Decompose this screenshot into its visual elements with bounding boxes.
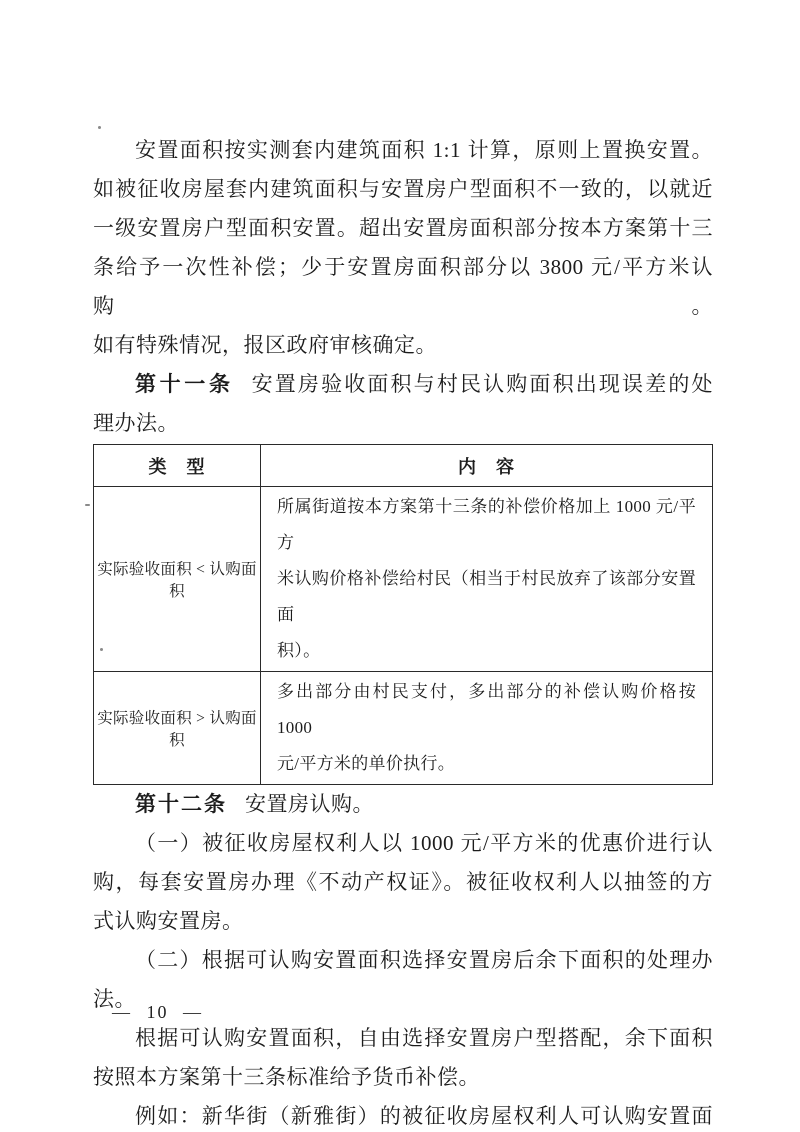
table-cell-type: 实际验收面积 > 认购面积 bbox=[94, 672, 261, 785]
text-line: 一级安置房户型面积安置。超出安置房面积部分按本方案第十三 bbox=[93, 209, 713, 248]
table-header-type: 类 型 bbox=[94, 445, 261, 487]
text-line: 例如：新华街（新雅街）的被征收房屋权利人可认购安置面 bbox=[93, 1097, 713, 1132]
table-header-row: 类 型 内 容 bbox=[94, 445, 713, 487]
text-line: 按照本方案第十三条标准给予货币补偿。 bbox=[93, 1058, 713, 1097]
scan-speck bbox=[85, 504, 90, 506]
text-line: （一）被征收房屋权利人以 1000 元/平方米的优惠价进行认 bbox=[93, 824, 713, 863]
table-text-line: 米认购价格补偿给村民（相当于村民放弃了该部分安置面 bbox=[277, 561, 696, 633]
table-text-line: 所属街道按本方案第十三条的补偿价格加上 1000 元/平方 bbox=[277, 489, 696, 561]
text-line: 条给予一次性补偿；少于安置房面积部分以 3800 元/平方米认购。 bbox=[93, 248, 713, 326]
table-row: 实际验收面积 < 认购面积 所属街道按本方案第十三条的补偿价格加上 1000 元… bbox=[94, 487, 713, 672]
text-line: 如有特殊情况，报区政府审核确定。 bbox=[93, 326, 713, 365]
table-text-line: 多出部分由村民支付，多出部分的补偿认购价格按 1000 bbox=[277, 674, 696, 746]
page-number: — 10 — bbox=[112, 1002, 203, 1023]
document-body: 安置面积按实测套内建筑面积 1:1 计算，原则上置换安置。 如被征收房屋套内建筑… bbox=[93, 131, 713, 1132]
text-line: （二）根据可认购安置面积选择安置房后余下面积的处理办 bbox=[93, 941, 713, 980]
text-segment: 安置房认购。 bbox=[245, 792, 374, 816]
table-header-content: 内 容 bbox=[261, 445, 713, 487]
scan-speck bbox=[98, 126, 101, 129]
text-line: 安置面积按实测套内建筑面积 1:1 计算，原则上置换安置。 bbox=[93, 131, 713, 170]
text-line: 式认购安置房。 bbox=[93, 902, 713, 941]
table-cell-type: 实际验收面积 < 认购面积 bbox=[94, 487, 261, 672]
table-text-line: 元/平方米的单价执行。 bbox=[277, 746, 696, 782]
text-line: 理办法。 bbox=[93, 404, 713, 443]
text-line: 购，每套安置房办理《不动产权证》。被征收权利人以抽签的方 bbox=[93, 863, 713, 902]
table-row: 实际验收面积 > 认购面积 多出部分由村民支付，多出部分的补偿认购价格按 100… bbox=[94, 672, 713, 785]
article-11-number: 第十一条 bbox=[135, 373, 234, 396]
table-cell-content: 多出部分由村民支付，多出部分的补偿认购价格按 1000 元/平方米的单价执行。 bbox=[261, 672, 713, 785]
area-discrepancy-table: 类 型 内 容 实际验收面积 < 认购面积 所属街道按本方案第十三条的补偿价格加… bbox=[93, 444, 713, 785]
text-line: 第十一条安置房验收面积与村民认购面积出现误差的处 bbox=[93, 365, 713, 404]
text-line: 如被征收房屋套内建筑面积与安置房户型面积不一致的，以就近 bbox=[93, 170, 713, 209]
text-line: 第十二条安置房认购。 bbox=[93, 785, 713, 824]
text-line: 根据可认购安置面积，自由选择安置房户型搭配，余下面积 bbox=[93, 1019, 713, 1058]
document-page: 安置面积按实测套内建筑面积 1:1 计算，原则上置换安置。 如被征收房屋套内建筑… bbox=[0, 0, 800, 1132]
table-cell-content: 所属街道按本方案第十三条的补偿价格加上 1000 元/平方 米认购价格补偿给村民… bbox=[261, 487, 713, 672]
article-12-number: 第十二条 bbox=[135, 793, 227, 816]
table-text-line: 积）。 bbox=[277, 633, 696, 669]
text-segment: 安置房验收面积与村民认购面积出现误差的处 bbox=[252, 372, 713, 396]
